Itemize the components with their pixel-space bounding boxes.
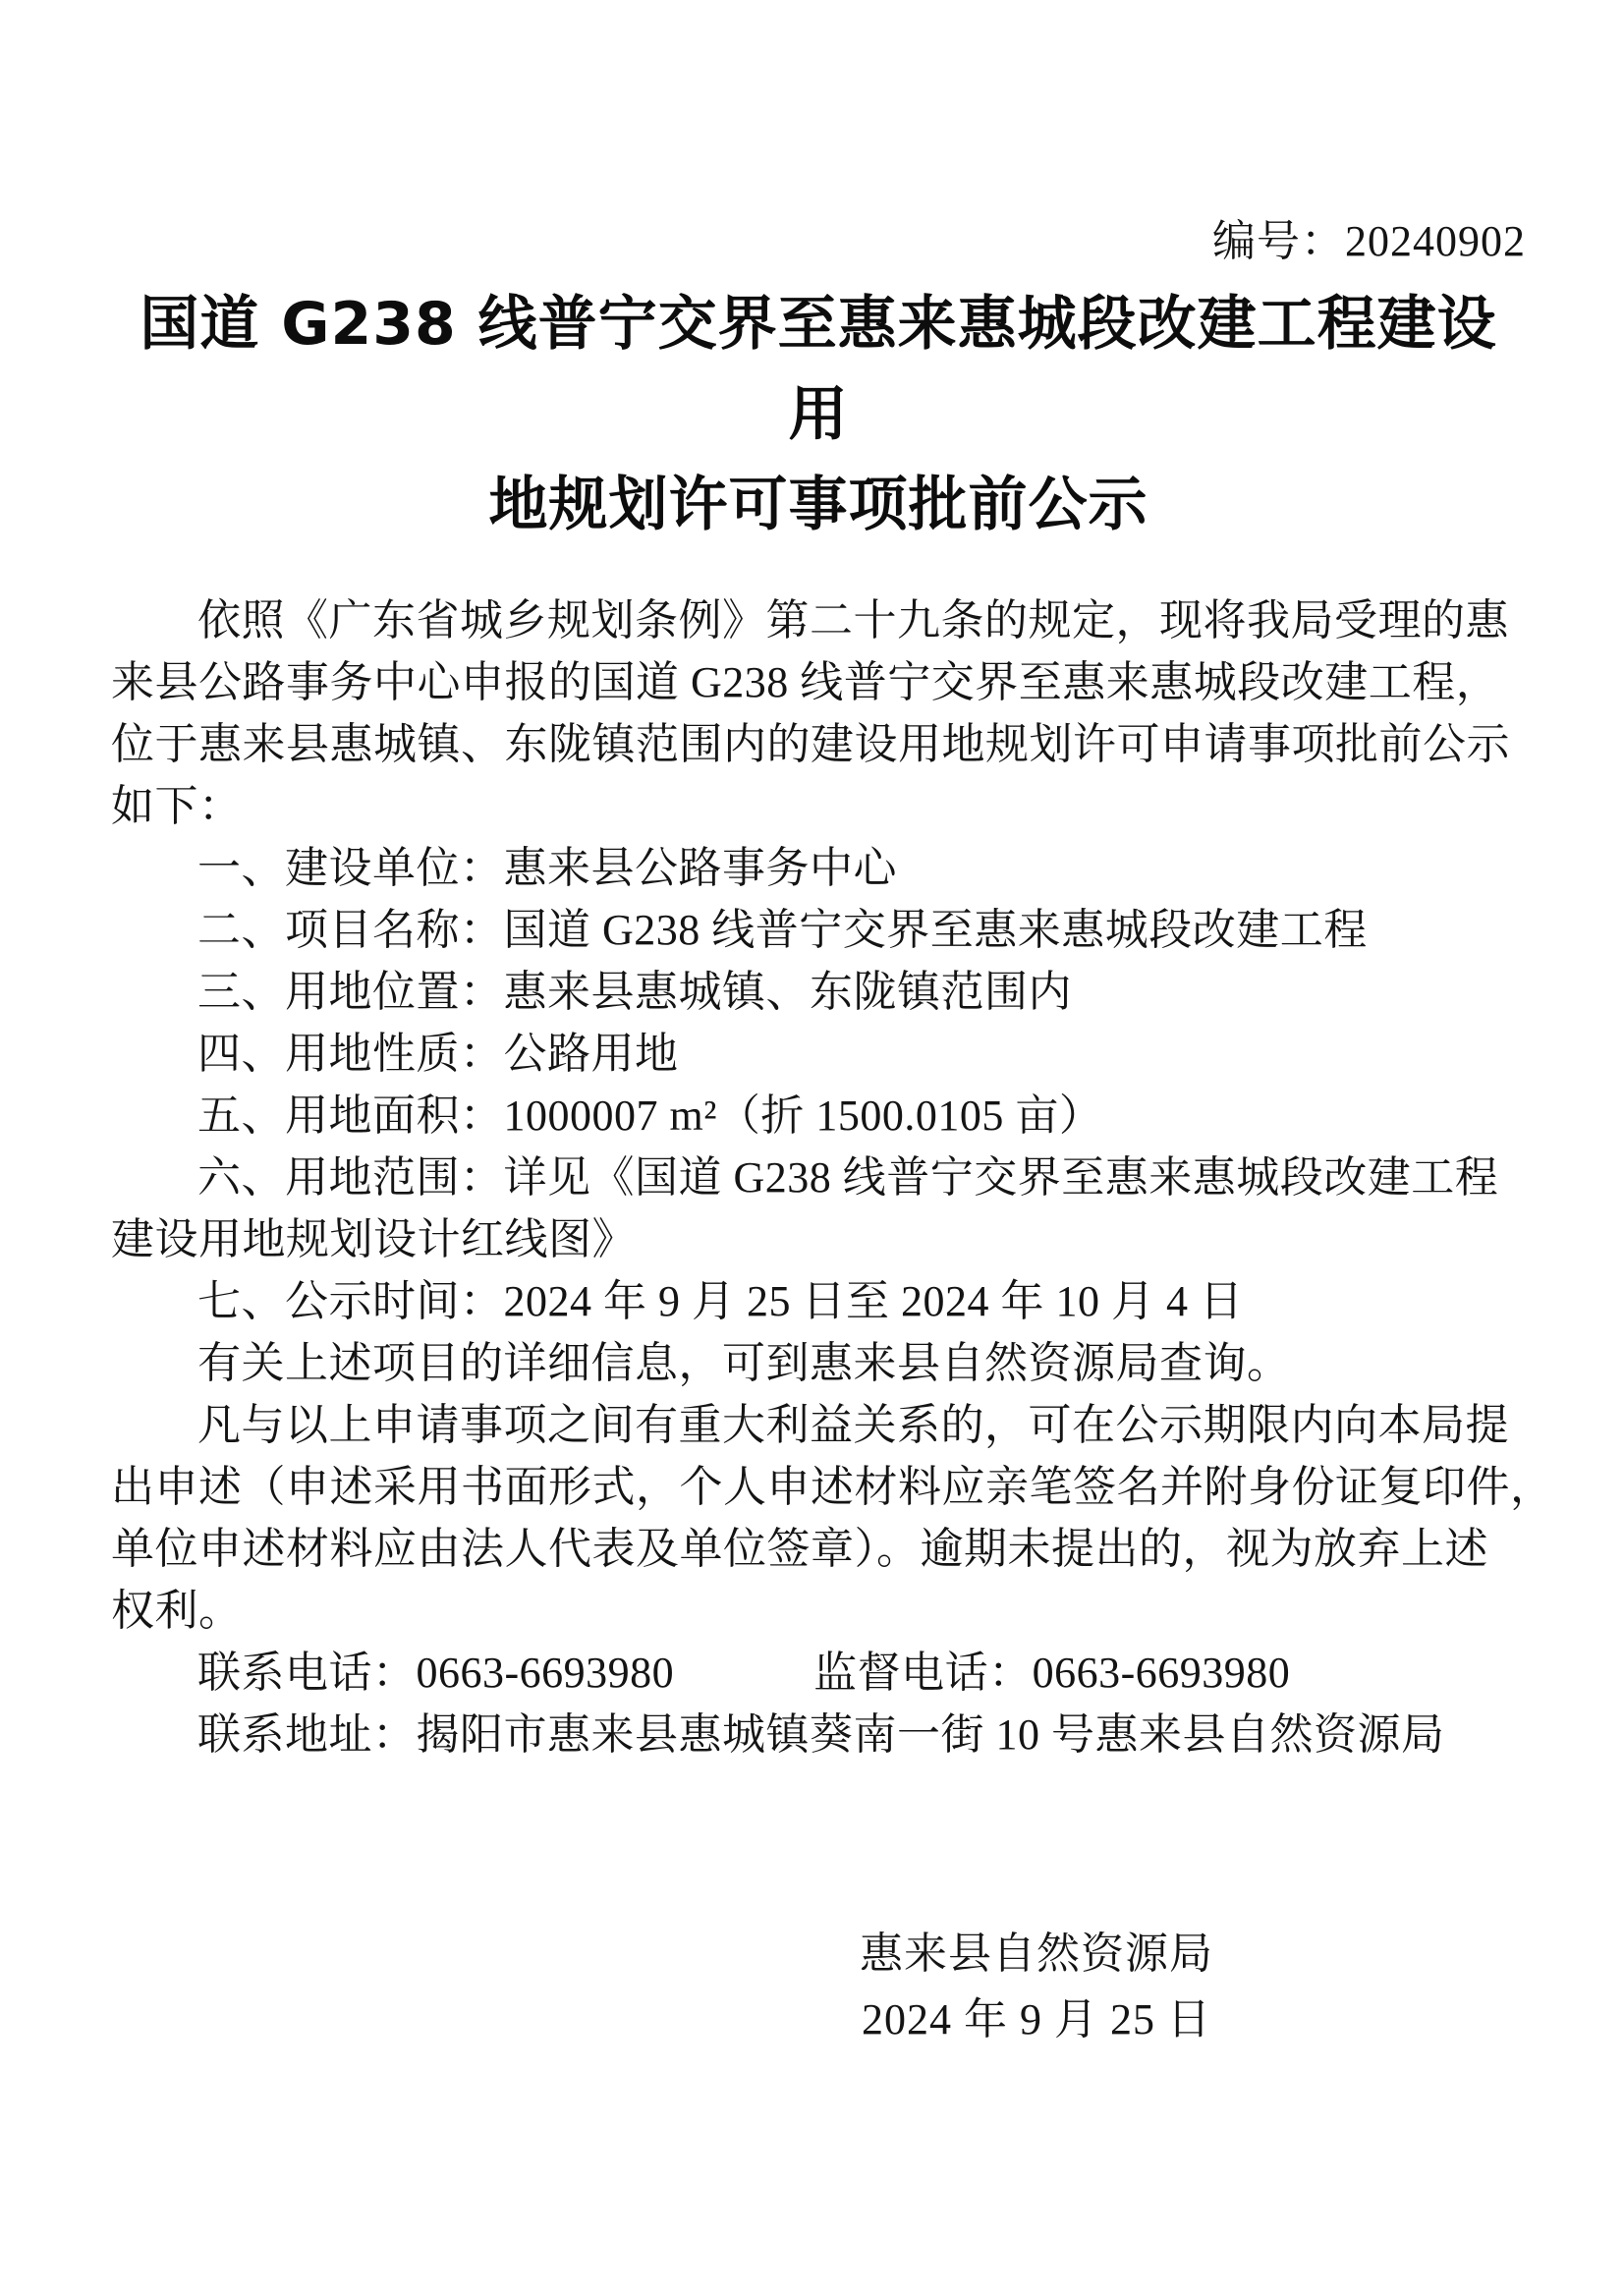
contact-phone: 联系电话：0663-6693980 <box>197 1649 674 1697</box>
doc-title-line-1: 国道 G238 线普宁交界至惠来惠城段改建工程建设用 <box>111 279 1526 460</box>
list-item-land-scope: 六、用地范围：详见《国道 G238 线普宁交界至惠来惠城段改建工程 <box>111 1147 1526 1208</box>
body-line: 依照《广东省城乡规划条例》第二十九条的规定，现将我局受理的惠 <box>111 589 1526 651</box>
doc-title-line-2: 地规划许可事项批前公示 <box>111 460 1526 550</box>
list-item-land-location: 三、用地位置：惠来县惠城镇、东陇镇范围内 <box>111 961 1526 1023</box>
list-item-construction-unit: 一、建设单位：惠来县公路事务中心 <box>111 837 1526 899</box>
body-line: 有关上述项目的详细信息，可到惠来县自然资源局查询。 <box>111 1332 1526 1394</box>
body-line: 建设用地规划设计红线图》 <box>111 1208 1526 1270</box>
list-item-land-use: 四、用地性质：公路用地 <box>111 1023 1526 1085</box>
body-line: 凡与以上申请事项之间有重大利益关系的，可在公示期限内向本局提 <box>111 1394 1526 1456</box>
body-line: 来县公路事务中心申报的国道 G238 线普宁交界至惠来惠城段改建工程， <box>111 651 1526 713</box>
list-item-publicity-period: 七、公示时间：2024 年 9 月 25 日至 2024 年 10 月 4 日 <box>111 1270 1526 1332</box>
supervision-phone: 监督电话：0663-6693980 <box>813 1649 1290 1697</box>
list-item-land-area: 五、用地面积：1000007 m²（折 1500.0105 亩） <box>111 1085 1526 1147</box>
contact-phones: 联系电话：0663-6693980监督电话：0663-6693980 <box>111 1642 1526 1704</box>
list-item-project-name: 二、项目名称：国道 G238 线普宁交界至惠来惠城段改建工程 <box>111 899 1526 961</box>
body-line: 位于惠来县惠城镇、东陇镇范围内的建设用地规划许可申请事项批前公示 <box>111 713 1526 775</box>
body-line: 如下： <box>111 775 1526 837</box>
doc-number: 编号：20240902 <box>111 218 1526 265</box>
body-line: 单位申述材料应由法人代表及单位签章）。逾期未提出的，视为放弃上述 <box>111 1518 1526 1580</box>
body-line: 权利。 <box>111 1580 1526 1642</box>
document-page: 编号：20240902 国道 G238 线普宁交界至惠来惠城段改建工程建设用 地… <box>0 0 1624 2295</box>
doc-body: 依照《广东省城乡规划条例》第二十九条的规定，现将我局受理的惠 来县公路事务中心申… <box>111 589 1526 1765</box>
body-line: 出申述（申述采用书面形式，个人申述材料应亲笔签名并附身份证复印件， <box>111 1456 1526 1518</box>
doc-title: 国道 G238 线普宁交界至惠来惠城段改建工程建设用 地规划许可事项批前公示 <box>111 279 1526 550</box>
signature-date: 2024 年 9 月 25 日 <box>862 1987 1211 2052</box>
signature-org: 惠来县自然资源局 <box>860 1921 1213 1987</box>
signature-block: 惠来县自然资源局 2024 年 9 月 25 日 <box>860 1921 1213 2052</box>
contact-address: 联系地址：揭阳市惠来县惠城镇葵南一街 10 号惠来县自然资源局 <box>111 1704 1526 1765</box>
